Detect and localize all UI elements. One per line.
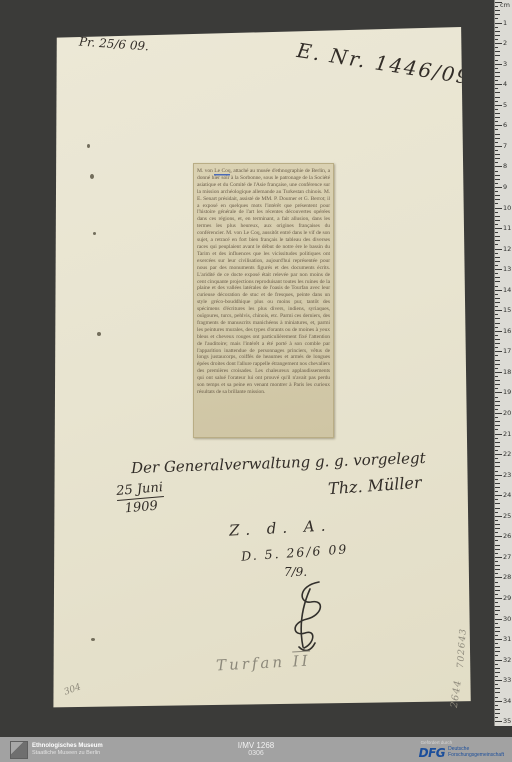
ruler-tick bbox=[495, 179, 500, 180]
ruler-tick bbox=[495, 520, 498, 521]
footer-bar: Ethnologisches Museum Staatliche Museen … bbox=[0, 737, 512, 762]
ruler-number: 3 bbox=[503, 60, 507, 68]
ruler-tick bbox=[495, 249, 502, 250]
ruler-tick bbox=[495, 368, 498, 369]
ruler-number: 24 bbox=[503, 491, 511, 499]
ruler-tick bbox=[495, 487, 500, 488]
ruler-tick bbox=[495, 491, 498, 492]
ruler-tick bbox=[495, 199, 500, 200]
handwritten-file-number: E. Nr. 1446/09 bbox=[295, 38, 473, 89]
ruler-tick bbox=[495, 51, 500, 52]
scanned-archive-page: Pr. 25/6 09. E. Nr. 1446/09 M. von Le Co… bbox=[0, 0, 512, 762]
ruler-tick bbox=[495, 351, 502, 352]
ruler-tick bbox=[495, 232, 498, 233]
ruler-tick bbox=[495, 203, 498, 204]
ruler-tick bbox=[495, 466, 500, 467]
ruler-tick bbox=[495, 286, 498, 287]
paper-sheet: Pr. 25/6 09. E. Nr. 1446/09 M. von Le Co… bbox=[53, 26, 472, 708]
ruler-tick bbox=[495, 191, 498, 192]
ruler-number: 12 bbox=[503, 245, 511, 253]
ruler-tick bbox=[495, 508, 500, 509]
ruler-number: 29 bbox=[503, 594, 511, 602]
ruler-number: 27 bbox=[503, 553, 511, 561]
ruler-tick bbox=[495, 655, 498, 656]
ruler-number: 18 bbox=[503, 368, 511, 376]
ruler-number: 20 bbox=[503, 409, 511, 417]
ruler-tick bbox=[495, 454, 502, 455]
ruler-tick bbox=[495, 425, 500, 426]
ruler-tick bbox=[495, 331, 502, 332]
ruler-tick bbox=[495, 101, 498, 102]
ruler-tick bbox=[495, 446, 500, 447]
ruler-tick bbox=[495, 380, 500, 381]
ruler-tick bbox=[495, 318, 500, 319]
ruler-tick bbox=[495, 273, 498, 274]
ruler-tick bbox=[495, 23, 502, 24]
ruler-tick bbox=[495, 281, 500, 282]
ruler-tick bbox=[495, 335, 498, 336]
ruler-tick bbox=[495, 142, 498, 143]
ruler-tick bbox=[495, 64, 502, 65]
ruler-tick bbox=[495, 360, 500, 361]
ruler-tick bbox=[495, 483, 500, 484]
ruler-tick bbox=[495, 619, 502, 620]
ruler-tick bbox=[495, 647, 500, 648]
ruler-tick bbox=[495, 355, 498, 356]
ruler-tick bbox=[495, 376, 498, 377]
ruler-tick bbox=[495, 310, 502, 311]
ruler-tick bbox=[495, 717, 498, 718]
ruler-tick bbox=[495, 475, 502, 476]
paper-speck bbox=[90, 174, 94, 179]
ruler-tick bbox=[495, 269, 502, 270]
ruler-tick bbox=[495, 105, 502, 106]
handwritten-date-year: 1909 bbox=[124, 498, 165, 516]
ruler-number: 11 bbox=[503, 224, 511, 232]
ruler-tick bbox=[495, 392, 502, 393]
paper-speck bbox=[91, 638, 95, 641]
pencil-turfan-note: Turfan II bbox=[216, 652, 311, 675]
ruler-tick bbox=[495, 664, 498, 665]
ruler-tick bbox=[495, 277, 500, 278]
ruler-tick bbox=[495, 138, 500, 139]
ruler-tick bbox=[495, 134, 500, 135]
ruler-tick bbox=[495, 84, 502, 85]
ruler-tick bbox=[495, 434, 502, 435]
funded-by-label: Gefördert durch bbox=[421, 740, 504, 745]
ruler-tick bbox=[495, 290, 502, 291]
paraph-signature bbox=[275, 577, 337, 655]
handwritten-date: 25 Juni 1909 bbox=[116, 480, 165, 517]
ruler-tick bbox=[495, 154, 500, 155]
ruler-tick bbox=[495, 261, 500, 262]
ruler-tick bbox=[495, 117, 500, 118]
ruler-tick bbox=[495, 631, 500, 632]
ruler-tick bbox=[495, 253, 498, 254]
ruler-tick bbox=[495, 347, 498, 348]
ruler-tick bbox=[495, 339, 500, 340]
ruler-number: 32 bbox=[503, 656, 511, 664]
ruler-tick bbox=[495, 577, 502, 578]
ruler-tick bbox=[495, 524, 500, 525]
ruler-number: 25 bbox=[503, 512, 511, 520]
ruler-number: 10 bbox=[503, 204, 511, 212]
ruler-tick bbox=[495, 442, 500, 443]
ruler-number: 7 bbox=[503, 142, 507, 150]
ruler-tick bbox=[495, 327, 498, 328]
ruler-tick bbox=[495, 10, 500, 11]
ruler-number: 8 bbox=[503, 162, 507, 170]
ruler-tick bbox=[495, 6, 498, 7]
ruler-tick bbox=[495, 697, 498, 698]
ruler-tick bbox=[495, 216, 500, 217]
ruler-tick bbox=[495, 721, 502, 722]
ruler-tick bbox=[495, 643, 498, 644]
ruler-tick bbox=[495, 623, 498, 624]
ruler-number: 2 bbox=[503, 39, 507, 47]
ruler-tick bbox=[495, 573, 498, 574]
ruler-number: 31 bbox=[503, 635, 511, 643]
pencil-page-number: 304 bbox=[63, 682, 83, 697]
ruler-tick bbox=[495, 125, 502, 126]
ruler-tick bbox=[495, 150, 498, 151]
ruler-tick bbox=[495, 55, 500, 56]
ruler-tick bbox=[495, 397, 498, 398]
ruler-number: 15 bbox=[503, 306, 511, 314]
ruler-tick bbox=[495, 224, 498, 225]
ruler-tick bbox=[495, 479, 498, 480]
ruler-tick bbox=[495, 166, 502, 167]
ruler-tick bbox=[495, 88, 498, 89]
ruler-tick bbox=[495, 187, 502, 188]
ruler-tick bbox=[495, 372, 502, 373]
ruler-tick bbox=[495, 162, 498, 163]
ruler-tick bbox=[495, 388, 498, 389]
handwritten-journal-number: Pr. 25/6 09. bbox=[79, 35, 150, 54]
ruler-tick bbox=[495, 680, 502, 681]
clipping-lead-underlined: Le Coq bbox=[214, 168, 230, 174]
ruler-tick bbox=[495, 343, 500, 344]
ruler-number: 23 bbox=[503, 471, 511, 479]
ruler-tick bbox=[495, 458, 498, 459]
ruler-tick bbox=[495, 540, 498, 541]
ruler-tick bbox=[495, 684, 498, 685]
ruler-tick bbox=[495, 462, 500, 463]
ruler-tick bbox=[495, 92, 500, 93]
ruler-tick bbox=[495, 553, 498, 554]
ruler-number: 13 bbox=[503, 265, 511, 273]
ruler-number: 9 bbox=[503, 183, 507, 191]
ruler-number: 30 bbox=[503, 615, 511, 623]
ruler-tick bbox=[495, 244, 498, 245]
ruler-tick bbox=[495, 450, 498, 451]
scan-background: Pr. 25/6 09. E. Nr. 1446/09 M. von Le Co… bbox=[0, 0, 512, 737]
ruler-tick bbox=[495, 586, 500, 587]
ruler-tick bbox=[495, 594, 498, 595]
ruler-tick bbox=[495, 701, 502, 702]
ruler-number: 26 bbox=[503, 532, 511, 540]
ruler-tick bbox=[495, 60, 498, 61]
ruler-tick bbox=[495, 672, 500, 673]
ruler-tick bbox=[495, 569, 500, 570]
ruler-tick bbox=[495, 80, 498, 81]
dfg-logo: DFG bbox=[419, 746, 446, 760]
ruler-tick bbox=[495, 499, 498, 500]
ruler-tick bbox=[495, 549, 500, 550]
ruler-tick bbox=[495, 208, 502, 209]
ruler-number: 28 bbox=[503, 573, 511, 581]
ruler-tick bbox=[495, 429, 498, 430]
handwritten-disposal-date: D. 5. 26/6 09 bbox=[241, 541, 349, 563]
ruler-tick bbox=[495, 532, 498, 533]
ruler-tick bbox=[495, 709, 500, 710]
ruler-number: 34 bbox=[503, 697, 511, 705]
ruler-tick bbox=[495, 294, 498, 295]
ruler-tick bbox=[495, 121, 498, 122]
ruler-tick bbox=[495, 175, 500, 176]
pencil-turfan-word: Turfan bbox=[216, 652, 294, 674]
ruler-tick bbox=[495, 97, 500, 98]
ruler-number: 17 bbox=[503, 347, 511, 355]
ruler-tick bbox=[495, 421, 500, 422]
pencil-vertical-number-2: 2644 bbox=[449, 679, 464, 708]
ruler-tick bbox=[495, 240, 500, 241]
ruler-number: 1 bbox=[503, 19, 507, 27]
ruler-tick bbox=[495, 471, 498, 472]
ruler-number: 14 bbox=[503, 286, 511, 294]
ruler-tick bbox=[495, 417, 498, 418]
ruler-tick bbox=[495, 129, 498, 130]
handwritten-zda-note: Z. d. A. bbox=[229, 516, 332, 539]
ruler-tick bbox=[495, 27, 498, 28]
ruler-tick bbox=[495, 195, 500, 196]
ruler-tick bbox=[495, 158, 500, 159]
ruler-number: 16 bbox=[503, 327, 511, 335]
ruler-tick bbox=[495, 306, 498, 307]
ruler-tick bbox=[495, 113, 500, 114]
paper-speck bbox=[93, 232, 96, 235]
ruler-tick bbox=[495, 405, 500, 406]
ruler-number: 6 bbox=[503, 121, 507, 129]
ruler-tick bbox=[495, 688, 500, 689]
ruler-tick bbox=[495, 409, 498, 410]
handwritten-signature-mueller: Thz. Müller bbox=[327, 473, 422, 498]
ruler-tick bbox=[495, 72, 500, 73]
dfg-full-name: Deutsche Forschungsgemeinschaft bbox=[448, 747, 504, 758]
ruler-tick bbox=[495, 401, 500, 402]
ruler-tick bbox=[495, 503, 500, 504]
ruler-tick bbox=[495, 668, 500, 669]
ruler-number: 5 bbox=[503, 101, 507, 109]
ruler-tick bbox=[495, 713, 500, 714]
ruler-tick bbox=[495, 39, 498, 40]
ruler-tick bbox=[495, 557, 502, 558]
ruler-tick bbox=[495, 109, 498, 110]
ruler-tick bbox=[495, 35, 500, 36]
clipping-text: M. von Le Coq, attaché au musée d'ethnog… bbox=[197, 168, 330, 396]
ruler-tick bbox=[495, 495, 502, 496]
ruler-tick bbox=[495, 228, 502, 229]
ruler-tick bbox=[495, 598, 502, 599]
ruler-tick bbox=[495, 692, 500, 693]
ruler-tick bbox=[495, 705, 498, 706]
ruler-tick bbox=[495, 364, 500, 365]
ruler: cm 1234567891011121314151617181920212223… bbox=[494, 0, 512, 726]
ruler-tick bbox=[495, 76, 500, 77]
ruler-tick bbox=[495, 314, 498, 315]
ruler-tick bbox=[495, 660, 502, 661]
ruler-tick bbox=[495, 602, 498, 603]
ruler-tick bbox=[495, 14, 500, 15]
ruler-tick bbox=[495, 18, 498, 19]
ruler-tick bbox=[495, 536, 502, 537]
ruler-tick bbox=[495, 635, 498, 636]
ruler-tick bbox=[495, 323, 500, 324]
ruler-tick bbox=[495, 31, 500, 32]
ruler-tick bbox=[495, 606, 500, 607]
footer-dfg-block: Gefördert durch DFG Deutsche Forschungsg… bbox=[419, 740, 504, 760]
clipping-lead: M. von bbox=[197, 168, 214, 174]
paper-speck bbox=[97, 332, 101, 336]
ruler-tick bbox=[495, 438, 498, 439]
clipping-body: , attaché au musée d'ethnographie de Ber… bbox=[197, 168, 330, 395]
ruler-tick bbox=[495, 627, 500, 628]
ruler-tick bbox=[495, 590, 500, 591]
ruler-tick bbox=[495, 43, 502, 44]
handwritten-presented-note: Der Generalverwaltung g. g. vorgelegt bbox=[131, 449, 426, 477]
ruler-number: 21 bbox=[503, 430, 511, 438]
ruler-tick bbox=[495, 183, 498, 184]
ruler-number: 33 bbox=[503, 676, 511, 684]
ruler-tick bbox=[495, 528, 500, 529]
ruler-number: 19 bbox=[503, 388, 511, 396]
ruler-tick bbox=[495, 265, 498, 266]
ruler-tick bbox=[495, 68, 498, 69]
ruler-tick bbox=[495, 413, 502, 414]
ruler-tick bbox=[495, 236, 500, 237]
ruler-tick bbox=[495, 545, 500, 546]
ruler-number: 35 bbox=[503, 717, 511, 725]
ruler-tick bbox=[495, 171, 498, 172]
paper-speck bbox=[87, 144, 90, 148]
ruler-number: 4 bbox=[503, 80, 507, 88]
pencil-turfan-numeral: II bbox=[292, 652, 311, 671]
ruler-tick bbox=[495, 614, 498, 615]
ruler-number: 22 bbox=[503, 450, 511, 458]
ruler-tick bbox=[495, 516, 502, 517]
ruler-tick bbox=[495, 302, 500, 303]
ruler-tick bbox=[495, 582, 498, 583]
newspaper-clipping: M. von Le Coq, attaché au musée d'ethnog… bbox=[193, 163, 334, 438]
ruler-tick bbox=[495, 565, 500, 566]
ruler-tick bbox=[495, 651, 500, 652]
ruler-tick bbox=[495, 220, 500, 221]
ruler-tick bbox=[495, 257, 500, 258]
ruler-tick bbox=[495, 47, 498, 48]
ruler-tick bbox=[495, 146, 502, 147]
ruler-tick bbox=[495, 639, 502, 640]
ruler-tick bbox=[495, 384, 500, 385]
ruler-tick bbox=[495, 298, 500, 299]
ruler-tick bbox=[495, 610, 500, 611]
ruler-tick bbox=[495, 212, 498, 213]
ruler-tick bbox=[495, 676, 498, 677]
dfg-name-line2: Forschungsgemeinschaft bbox=[448, 753, 504, 759]
ruler-tick bbox=[495, 561, 498, 562]
ruler-tick bbox=[495, 512, 498, 513]
ruler-tick bbox=[495, 2, 502, 3]
